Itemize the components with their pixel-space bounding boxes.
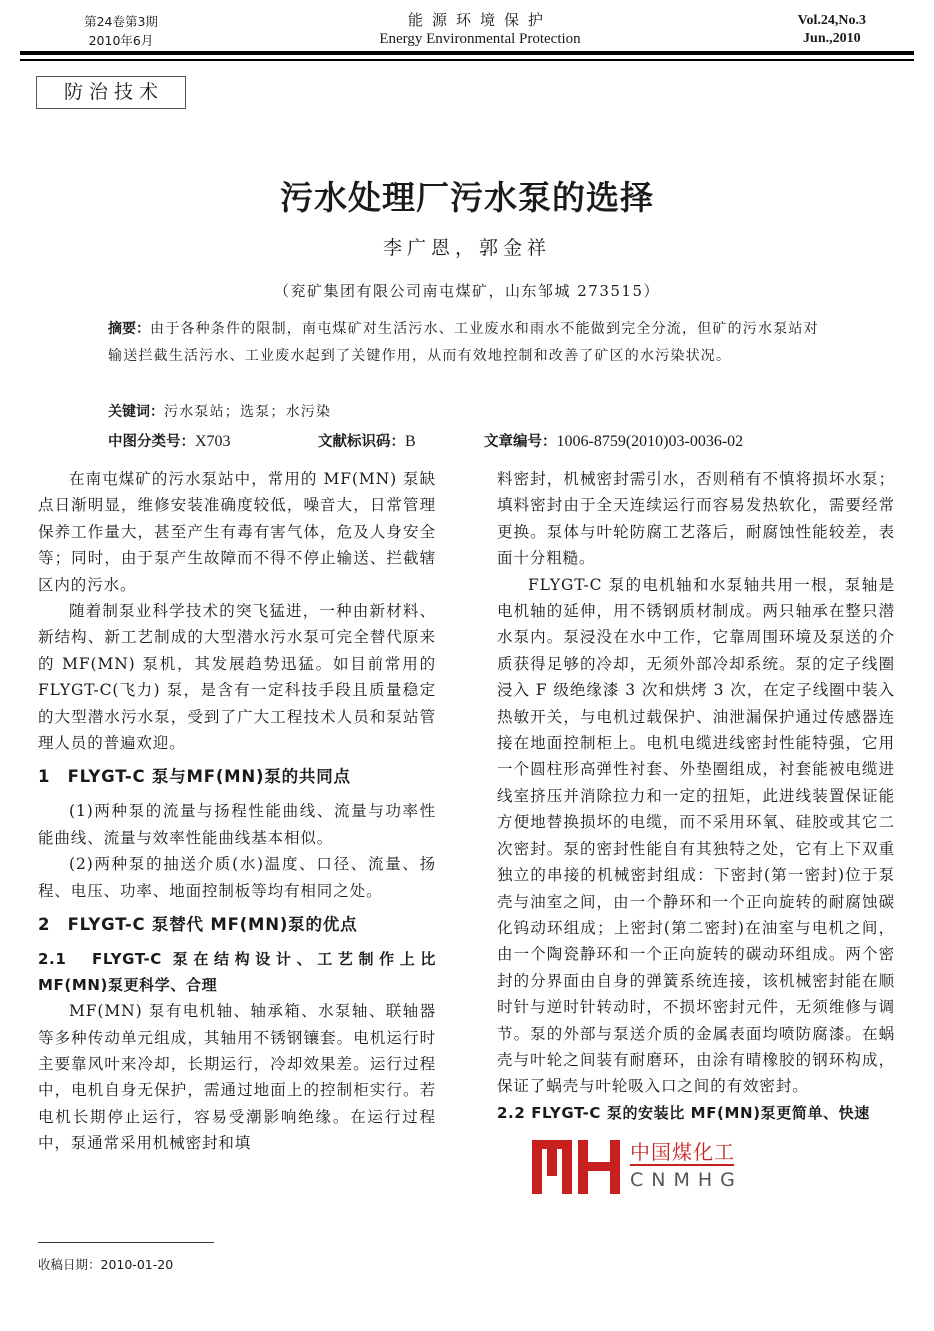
clc-number: 中图分类号：X703: [108, 430, 231, 451]
date-cn: 2010年6月: [66, 31, 176, 50]
article-id: 文章编号：1006-8759(2010)03-0036-02: [484, 430, 743, 451]
issue-info-en: Vol.24,No.3 Jun.,2010: [798, 12, 866, 48]
body-column-left: 在南屯煤矿的污水泵站中，常用的 MF(MN) 泵缺点日渐明显，维修安装准确度较低…: [38, 466, 436, 1157]
keywords-label: 关键词：: [108, 404, 164, 420]
issue-info: 第24卷第3期 2010年6月: [66, 12, 176, 50]
journal-name-cn: 能源环境保护: [330, 10, 630, 30]
article-title: 污水处理厂污水泵的选择: [0, 172, 934, 219]
abstract-label: 摘要：: [108, 321, 150, 337]
watermark: 中国煤化工 CNMHG: [532, 1136, 742, 1196]
volume-cn: 第24卷第3期: [66, 12, 176, 31]
journal-name: 能源环境保护 Energy Environmental Protection: [330, 10, 630, 48]
section-heading-1: 1 FLYGT-C 泵与MF(MN)泵的共同点: [38, 764, 436, 790]
keywords: 关键词：污水泵站；选泵；水污染: [108, 401, 331, 421]
watermark-underline: [630, 1164, 734, 1166]
header-rule-thin: [20, 59, 914, 61]
body-column-right: 料密封，机械密封需引水，否则稍有不慎将损坏水泵；填料密封由于全天连续运行而容易发…: [497, 466, 895, 1126]
paragraph: (1)两种泵的流量与扬程性能曲线、流量与功率性能曲线、流量与效率性能曲线基本相似…: [38, 798, 436, 851]
abstract: 摘要：由于各种条件的限制，南屯煤矿对生活污水、工业废水和雨水不能做到完全分流，但…: [108, 316, 828, 369]
section-tag: 防治技术: [36, 76, 186, 109]
authors: 李广恩，郭金祥: [0, 233, 934, 260]
abstract-text: 由于各种条件的限制，南屯煤矿对生活污水、工业废水和雨水不能做到完全分流，但矿的污…: [108, 321, 819, 364]
watermark-logo-icon: [532, 1140, 620, 1194]
paragraph: 随着制泵业科学技术的突飞猛进，一种由新材料、新结构、新工艺制成的大型潜水污水泵可…: [38, 598, 436, 756]
received-date: 收稿日期：2010-01-20: [38, 1255, 173, 1273]
paragraph: 在南屯煤矿的污水泵站中，常用的 MF(MN) 泵缺点日渐明显，维修安装准确度较低…: [38, 466, 436, 598]
journal-name-en: Energy Environmental Protection: [330, 30, 630, 48]
watermark-text-en: CNMHG: [630, 1169, 743, 1191]
watermark-text-cn: 中国煤化工: [630, 1136, 737, 1165]
affiliation: （兖矿集团有限公司南屯煤矿，山东邹城 273515）: [0, 280, 934, 301]
paragraph: FLYGT-C 泵的电机轴和水泵轴共用一根，泵轴是电机轴的延伸，用不锈钢质材制成…: [497, 572, 895, 1100]
paragraph: (2)两种泵的抽送介质(水)温度、口径、流量、扬程、电压、功率、地面控制板等均有…: [38, 851, 436, 904]
volume-en: Vol.24,No.3: [798, 12, 866, 30]
header-rule-thick: [20, 51, 914, 55]
section-heading-2: 2 FLYGT-C 泵替代 MF(MN)泵的优点: [38, 912, 436, 938]
footnote-rule: [38, 1242, 214, 1243]
paragraph-continued: 料密封，机械密封需引水，否则稍有不慎将损坏水泵；填料密封由于全天连续运行而容易发…: [497, 466, 895, 572]
paragraph: MF(MN) 泵有电机轴、轴承箱、水泵轴、联轴器等多种传动单元组成，其轴用不锈钢…: [38, 998, 436, 1156]
subsection-heading-2-1: 2.1 FLYGT-C 泵在结构设计、工艺制作上比 MF(MN)泵更科学、合理: [38, 946, 436, 998]
document-code: 文献标识码：B: [318, 430, 416, 451]
subsection-heading-2-2: 2.2 FLYGT-C 泵的安装比 MF(MN)泵更简单、快速: [497, 1100, 895, 1126]
keywords-text: 污水泵站；选泵；水污染: [164, 404, 331, 420]
date-en: Jun.,2010: [798, 30, 866, 48]
